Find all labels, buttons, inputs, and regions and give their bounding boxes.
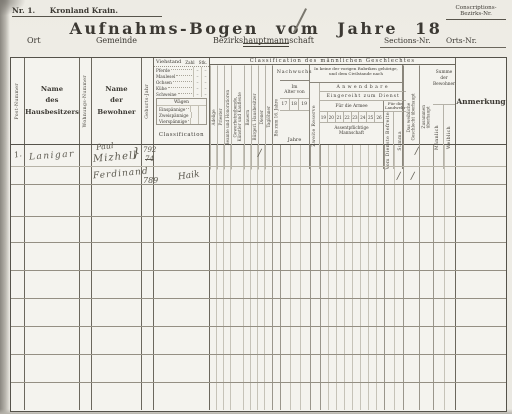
animal-label: Maulesel <box>156 74 175 79</box>
body-cell <box>224 327 231 354</box>
body-cell <box>361 217 369 242</box>
column-header-bewohner: Name der Bewohner <box>92 58 142 144</box>
body-cell <box>301 383 311 410</box>
body-cell <box>329 217 337 242</box>
body-cell <box>154 355 210 382</box>
body-cell <box>420 271 434 298</box>
body-cell <box>395 243 404 270</box>
field-label-ort: Ort <box>27 36 41 45</box>
body-cell <box>345 383 353 410</box>
body-cell <box>224 355 231 382</box>
body-cell <box>345 145 353 166</box>
body-cell <box>25 299 80 326</box>
body-cell <box>404 299 420 326</box>
body-cell <box>434 167 445 184</box>
waegen-rows: EinspännigeZweispännigeVierspännige <box>157 106 206 124</box>
body-cell <box>251 167 258 184</box>
body-cell <box>281 167 291 184</box>
waegen-row: Vierspännige <box>157 118 206 124</box>
body-cell <box>404 355 420 382</box>
column-header-anmerkung: Anmerkung <box>456 58 506 144</box>
dotted-leader <box>171 69 192 70</box>
body-cell <box>385 145 395 166</box>
body-cell <box>25 271 80 298</box>
body-cell <box>154 217 210 242</box>
body-cell <box>445 217 456 242</box>
body-cell <box>385 167 395 184</box>
body-cell <box>251 145 258 166</box>
body-cell <box>456 185 506 216</box>
nachwuchs-alter-label: Im Alter von <box>280 81 309 99</box>
body-cell <box>210 299 217 326</box>
body-cell <box>291 145 301 166</box>
body-cell <box>353 217 361 242</box>
body-cell <box>92 327 142 354</box>
body-cell <box>385 271 395 298</box>
body-cell <box>361 243 369 270</box>
column-header-post-nummer: Post-Nummer <box>11 58 25 144</box>
body-cell <box>154 383 210 410</box>
body-cell <box>11 383 25 410</box>
body-cell <box>291 243 301 270</box>
body-cell <box>445 299 456 326</box>
body-cell <box>345 299 353 326</box>
body-cell <box>273 327 281 354</box>
body-cell <box>25 327 80 354</box>
body-cell <box>265 243 273 270</box>
tally-mark: ∕ <box>397 171 400 182</box>
body-cell <box>244 383 251 410</box>
body-cell <box>353 327 361 354</box>
body-cell <box>329 299 337 326</box>
table-row <box>11 355 506 383</box>
dotted-leader <box>178 93 193 94</box>
body-cell <box>217 355 224 382</box>
body-cell <box>244 145 251 166</box>
body-cell <box>377 243 385 270</box>
armee-year-cell: 25 <box>367 112 375 122</box>
body-cell <box>456 299 506 326</box>
body-cell <box>385 185 395 216</box>
body-cell <box>224 185 231 216</box>
zweite-reserve-label: Zweite Reserve <box>312 105 317 147</box>
body-cell <box>11 185 25 216</box>
body-cell <box>142 355 154 382</box>
body-cell <box>395 185 404 216</box>
body-cell <box>369 327 377 354</box>
body-cell <box>142 327 154 354</box>
body-cell <box>291 355 301 382</box>
body-cell <box>434 217 445 242</box>
dotted-leader <box>176 75 192 76</box>
armee-year-cell: 26 <box>375 112 383 122</box>
entry-brace: } <box>132 146 140 161</box>
body-cell <box>301 355 311 382</box>
body-cell <box>258 327 265 354</box>
armee-year-cell: 20 <box>328 112 336 122</box>
anwendbare-label: Anwendbare <box>320 83 406 92</box>
body-cell <box>273 145 281 166</box>
body-cell <box>25 243 80 270</box>
body-cell <box>265 185 273 216</box>
body-cell <box>265 145 273 166</box>
body-cell <box>395 327 404 354</box>
body-cell <box>395 299 404 326</box>
dotted-leader <box>168 87 192 88</box>
body-cell <box>142 185 154 216</box>
body-cell <box>231 271 244 298</box>
body-cell <box>281 383 291 410</box>
uebrige-title: In keine der vorigen Rubriken gehörige, … <box>310 65 402 83</box>
body-cell <box>11 355 25 382</box>
body-cell <box>337 383 345 410</box>
body-cell <box>244 327 251 354</box>
body-cell <box>142 383 154 410</box>
body-cell <box>265 299 273 326</box>
geburtsjahr-label: Geburts-Jahr <box>145 84 150 119</box>
body-cell <box>291 217 301 242</box>
body-cell <box>321 271 329 298</box>
body-cell <box>329 383 337 410</box>
body-cell <box>291 167 301 184</box>
body-cell <box>395 217 404 242</box>
viehstand-animal-row: Schweine–– <box>154 91 209 97</box>
body-cell <box>369 243 377 270</box>
body-cell <box>11 243 25 270</box>
body-cell <box>345 271 353 298</box>
body-cell <box>456 167 506 184</box>
body-cell <box>251 243 258 270</box>
body-cell <box>154 185 210 216</box>
field-label-gemeinde: Gemeinde <box>96 36 137 45</box>
body-cell <box>301 185 311 216</box>
body-cell <box>395 271 404 298</box>
body-cell <box>377 185 385 216</box>
body-cell <box>377 327 385 354</box>
nachwuchs-year-cell: 18 <box>290 99 300 110</box>
body-cell <box>251 299 258 326</box>
body-cell <box>210 327 217 354</box>
nachwuchs-year-cell: 19 <box>299 99 309 110</box>
body-cell <box>92 217 142 242</box>
body-cell <box>329 185 337 216</box>
body-cell <box>369 185 377 216</box>
body-cell <box>265 327 273 354</box>
body-cell <box>445 383 456 410</box>
body-cell <box>301 299 311 326</box>
body-cell <box>224 217 231 242</box>
body-cell <box>434 243 445 270</box>
body-cell <box>369 299 377 326</box>
viehstand-unit-stk: Stk. <box>199 60 207 65</box>
count-cell: – <box>193 91 201 97</box>
body-cell <box>361 355 369 382</box>
body-cell <box>329 271 337 298</box>
body-cell <box>25 217 80 242</box>
body-cell <box>353 243 361 270</box>
body-cell <box>231 167 244 184</box>
census-form-sheet: Nr. 1. Kronland Krain. Conscriptions-Bez… <box>0 0 512 414</box>
summe-title: Summe der Bewohner <box>433 65 455 105</box>
body-cell <box>231 145 244 166</box>
body-cell <box>231 217 244 242</box>
body-cell <box>456 383 506 410</box>
body-cell <box>369 167 377 184</box>
body-cell <box>301 217 311 242</box>
body-cell <box>217 145 224 166</box>
nachwuchs-year-cell: 17 <box>280 99 290 110</box>
body-cell <box>404 217 420 242</box>
tally-mark: ∕ <box>411 171 414 182</box>
body-cell <box>92 185 142 216</box>
body-cell <box>361 145 369 166</box>
body-cell <box>434 271 445 298</box>
body-cell <box>281 217 291 242</box>
body-cell <box>321 217 329 242</box>
body-cell <box>217 383 224 410</box>
body-cell <box>434 145 445 166</box>
body-cell <box>291 271 301 298</box>
body-cell <box>217 243 224 270</box>
body-cell <box>281 145 291 166</box>
body-cell <box>154 327 210 354</box>
body-cell <box>244 185 251 216</box>
body-cell <box>361 185 369 216</box>
body-cell <box>404 383 420 410</box>
field-label-bezirkshauptmannschaft: Bezirkshauptmannschaft <box>213 36 314 45</box>
classification-block: Classification des männlichen Geschlecht… <box>210 58 456 144</box>
body-cell <box>258 185 265 216</box>
body-cell <box>329 355 337 382</box>
body-cell <box>80 355 92 382</box>
body-cell <box>273 271 281 298</box>
entry-geburtsjahr-1: 792 <box>143 146 156 154</box>
body-cell <box>265 271 273 298</box>
header-rule <box>380 47 506 48</box>
body-cell <box>311 167 321 184</box>
body-cell <box>420 327 434 354</box>
waegen-label: Vierspännige <box>159 119 187 124</box>
body-cell <box>321 299 329 326</box>
body-cell <box>281 271 291 298</box>
body-cell <box>231 185 244 216</box>
body-cell <box>434 355 445 382</box>
wohnungs-nummer-label: Wohnungs-Nummer <box>83 75 88 127</box>
waegen-title: Wägen <box>157 99 206 106</box>
body-cell <box>445 243 456 270</box>
body-cell <box>92 271 142 298</box>
body-cell <box>80 217 92 242</box>
classification-title: Classification des männlichen Geschlecht… <box>210 58 455 65</box>
body-cell <box>311 185 321 216</box>
body-cell <box>445 271 456 298</box>
body-cell <box>420 243 434 270</box>
body-cell <box>353 299 361 326</box>
body-cell <box>311 243 321 270</box>
column-header-geburtsjahr: Geburts-Jahr <box>142 58 154 144</box>
body-cell <box>217 167 224 184</box>
count-cell <box>190 118 198 124</box>
body-cell <box>273 185 281 216</box>
column-header-wohnungs-nummer: Wohnungs-Nummer <box>80 58 92 144</box>
body-cell <box>361 383 369 410</box>
table-row <box>11 299 506 327</box>
animal-label: Kühe <box>156 86 167 91</box>
body-cell <box>345 243 353 270</box>
body-cell <box>80 299 92 326</box>
body-cell <box>291 299 301 326</box>
body-cell <box>377 383 385 410</box>
body-cell <box>311 383 321 410</box>
body-cell <box>154 145 210 166</box>
body-cell <box>301 327 311 354</box>
body-cell <box>361 299 369 326</box>
post-nummer-label: Post-Nummer <box>15 83 20 119</box>
body-cell <box>80 271 92 298</box>
body-cell <box>345 167 353 184</box>
viehstand-unit-zahl: Zahl <box>185 60 194 65</box>
body-cell <box>420 217 434 242</box>
nachwuchs-year-cells: 171819 <box>280 99 309 111</box>
dotted-leader <box>173 81 192 82</box>
hausbesitzer-label: Name des Hausbesitzers <box>25 84 79 119</box>
body-cell <box>11 299 25 326</box>
armee-year-cells: 1920212223242526 <box>320 112 383 123</box>
body-cell <box>154 299 210 326</box>
count-cell <box>198 118 206 124</box>
body-cell <box>224 167 231 184</box>
body-cell <box>353 355 361 382</box>
body-cell <box>445 145 456 166</box>
body-cell <box>80 243 92 270</box>
classification-caption: Classification <box>154 125 209 144</box>
armee-year-cell: 23 <box>352 112 360 122</box>
animal-label: Schweine <box>156 92 177 97</box>
body-cell <box>311 327 321 354</box>
body-cell <box>265 383 273 410</box>
body-cell <box>361 167 369 184</box>
body-cell <box>321 167 329 184</box>
body-cell <box>154 243 210 270</box>
body-cell <box>385 383 395 410</box>
body-cell <box>80 167 92 184</box>
body-cell <box>337 185 345 216</box>
body-cell <box>301 167 311 184</box>
body-cell <box>273 355 281 382</box>
body-cell <box>301 243 311 270</box>
table-row <box>11 327 506 355</box>
body-cell <box>217 271 224 298</box>
body-cell <box>217 217 224 242</box>
body-cell <box>301 145 311 166</box>
body-cell <box>244 217 251 242</box>
body-cell <box>321 185 329 216</box>
body-cell <box>210 271 217 298</box>
body-cell <box>337 299 345 326</box>
body-cell <box>251 383 258 410</box>
body-cell <box>251 355 258 382</box>
body-cell <box>231 355 244 382</box>
waegen-label: Zweispännige <box>159 113 189 118</box>
body-cell <box>420 145 434 166</box>
body-cell <box>142 271 154 298</box>
body-cell <box>301 271 311 298</box>
body-cell <box>244 299 251 326</box>
body-cell <box>369 217 377 242</box>
body-cell <box>434 383 445 410</box>
body-cell <box>273 167 281 184</box>
body-cell <box>281 327 291 354</box>
body-cell <box>353 383 361 410</box>
body-cell <box>420 167 434 184</box>
body-cell <box>231 327 244 354</box>
body-cell <box>345 355 353 382</box>
body-cell <box>420 355 434 382</box>
body-cell <box>258 299 265 326</box>
body-cell <box>291 383 301 410</box>
body-cell <box>11 327 25 354</box>
body-cell <box>11 167 25 184</box>
body-cell <box>291 327 301 354</box>
body-cell <box>321 327 329 354</box>
body-cell <box>353 145 361 166</box>
nachwuchs-title: Nachwuchs <box>280 65 309 81</box>
animal-label: Ochsen <box>156 80 172 85</box>
body-cell <box>258 383 265 410</box>
body-cell <box>456 243 506 270</box>
body-cell <box>224 243 231 270</box>
census-table: Post-Nummer Name des Hausbesitzers Wohnu… <box>10 57 507 412</box>
body-cell <box>142 243 154 270</box>
body-cell <box>377 355 385 382</box>
body-cell <box>244 271 251 298</box>
dotted-leader <box>188 120 189 121</box>
body-cell <box>321 145 329 166</box>
sheet-number: Nr. 1. <box>12 6 35 15</box>
body-cell <box>210 185 217 216</box>
field-label-sections-nr: Sections-Nr. <box>384 36 431 45</box>
count-cell: – <box>201 91 209 97</box>
body-cell <box>311 217 321 242</box>
body-cell <box>273 383 281 410</box>
body-cell <box>11 271 25 298</box>
body-cell <box>224 299 231 326</box>
body-cell <box>385 217 395 242</box>
conscription-district-label: Conscriptions-Bezirks-Nr. <box>446 5 506 20</box>
table-row <box>11 243 506 271</box>
body-cell <box>345 185 353 216</box>
body-cell <box>353 271 361 298</box>
body-cell <box>321 243 329 270</box>
animal-label: Pferde <box>156 68 170 73</box>
body-cell <box>361 271 369 298</box>
entry-geburtsjahr-2: 789 <box>143 176 158 185</box>
eingereiht-label: Eingereiht zum Dienst <box>320 92 406 101</box>
body-cell <box>210 383 217 410</box>
body-cell <box>377 271 385 298</box>
body-cell <box>273 217 281 242</box>
body-cell <box>265 167 273 184</box>
body-cell <box>329 167 337 184</box>
body-cell <box>258 243 265 270</box>
body-cell <box>445 185 456 216</box>
bewohner-label: Name der Bewohner <box>97 84 135 119</box>
table-row <box>11 185 506 217</box>
body-cell <box>377 167 385 184</box>
body-cell <box>404 271 420 298</box>
body-cell <box>281 243 291 270</box>
body-cell <box>258 217 265 242</box>
